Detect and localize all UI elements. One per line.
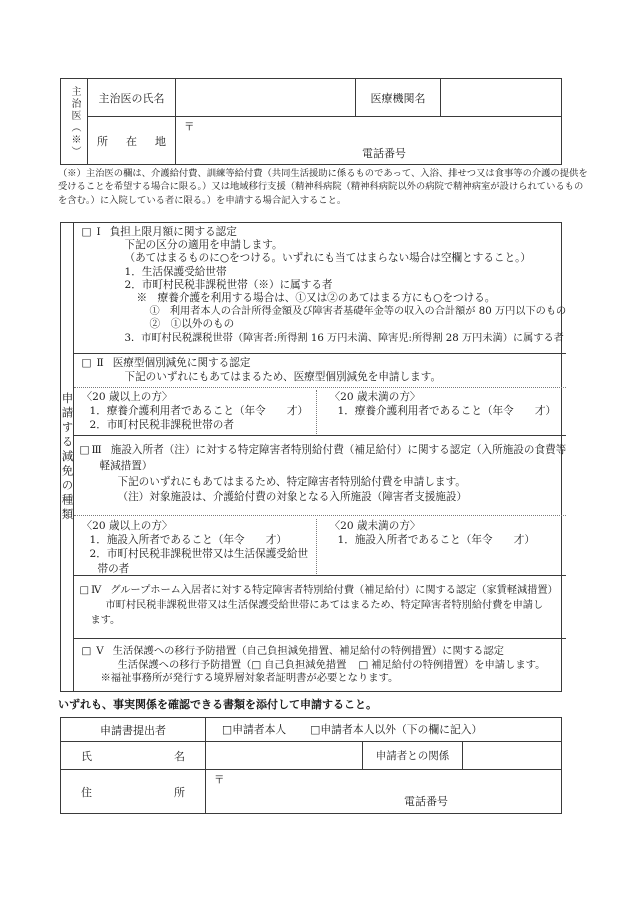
physician-address-label: 所 在 地 — [88, 117, 176, 164]
section-5-option1-label: 自己負担減免措置 — [264, 659, 346, 671]
section-3-facility-supplement: □Ⅲ施設入所者（注）に対する特定障害者特別給付費（補足給付）に関する認定（入所施… — [74, 436, 567, 576]
section-4-checkbox[interactable]: □ — [80, 585, 90, 596]
section-3-checkbox[interactable]: □ — [80, 444, 90, 456]
physician-phone-label: 電話番号 — [362, 145, 406, 161]
submitter-options-cell: □申請者本人 □申請者本人以外（下の欄に記入） — [206, 718, 561, 741]
physician-vertical-label: 主治医（※） — [61, 79, 88, 164]
submitter-relation-label: 申請者との関係 — [363, 742, 463, 769]
reduction-vertical-label: 申請する減免の種類 — [61, 223, 74, 691]
section-5-title: 生活保護への移行予防措置（自己負担減免措置、補足給付の特例措置）に関する認定 — [113, 645, 504, 657]
submitter-table: 申請書提出者 □申請者本人 □申請者本人以外（下の欄に記入） 氏 名 申請者との… — [60, 717, 562, 814]
section-2-checkbox[interactable]: □ — [82, 357, 92, 369]
section-4-line: ます。 — [74, 613, 567, 628]
section-5-checkbox[interactable]: □ — [82, 645, 92, 657]
section-2-over20-column: 〈20 歳以上の方〉 1．療養介護利用者であること（年令 才） 2．市町村民税非… — [74, 390, 317, 436]
section-5-welfare-transition: □Ⅴ生活保護への移行予防措置（自己負担減免措置、補足給付の特例措置）に関する認定… — [74, 639, 567, 691]
section-2-line: 下記のいずれにもあてはまるため、医療型個別減免を申請します。 — [74, 371, 567, 385]
submitter-name-label: 氏 名 — [61, 742, 206, 769]
section-1-line: 下記の区分の適用を申請します。 — [74, 239, 567, 252]
attach-documents-note: いずれも、事実関係を確認できる書類を添付して申請すること。 — [58, 696, 377, 712]
section-5-numeral: Ⅴ — [96, 645, 103, 657]
section-5-option1-checkbox[interactable]: □ — [251, 659, 261, 671]
under20-heading: 〈20 歳未満の方〉 — [317, 390, 567, 404]
submitter-address-input-cell[interactable]: 〒 電話番号 — [206, 770, 561, 813]
section-1-line: （あてはまるものに○をつける。いずれにも当てはまらない場合は空欄とすること。） — [74, 252, 567, 265]
postal-mark-icon: 〒 — [184, 119, 195, 134]
submitter-phone-label: 電話番号 — [404, 793, 448, 809]
postal-mark-icon: 〒 — [214, 772, 225, 787]
medical-org-input-cell[interactable] — [441, 79, 561, 116]
section-1-title: 負担上限月額に関する認定 — [110, 226, 237, 238]
section-5-note: ※福祉事務所が発行する境界層対象者証明書が必要となります。 — [74, 672, 567, 686]
section-1-line: 1．生活保護受給世帯 — [74, 266, 567, 279]
physician-note: （※）主治医の欄は、介護給付費、訓練等給付費（共同生活援助に係るものであって、入… — [58, 167, 572, 207]
section-5-option2-checkbox[interactable]: □ — [358, 659, 368, 671]
submitter-row-label: 申請書提出者 — [61, 718, 206, 741]
section-5-apply-line: 生活保護への移行予防措置（□自己負担減免措置□補足給付の特例措置）を申請します。 — [74, 659, 567, 673]
section-1-line: ① 利用者本人の合計所得金額及び障害者基礎年金等の収入の合計額が 80 万円以下… — [74, 305, 567, 318]
section-4-line: 市町村民税非課税世帯又は生活保護受給世帯にあてはまるため、特定障害者特別給付費を… — [74, 598, 567, 613]
physician-name-label: 主治医の氏名 — [88, 79, 176, 116]
section-1-numeral: Ⅰ — [97, 226, 101, 238]
physician-note-line: （※）主治医の欄は、介護給付費、訓練等給付費（共同生活援助に係るものであって、入… — [58, 167, 572, 180]
section-1-line: 2．市町村民税非課税世帯（※）に属する者 — [74, 279, 567, 292]
application-form-page: 主治医（※） 主治医の氏名 医療機関名 所 在 地 〒 — [0, 0, 630, 903]
section-2-age-columns: 〈20 歳以上の方〉 1．療養介護利用者であること（年令 才） 2．市町村民税非… — [74, 387, 567, 436]
physician-name-input-cell[interactable] — [176, 79, 356, 116]
over20-item: 2．市町村民税非課税世帯又は生活保護受給世帯の者 — [74, 547, 316, 575]
reduction-type-table: 申請する減免の種類 □Ⅰ負担上限月額に関する認定 下記の区分の適用を申請します。… — [60, 222, 562, 692]
section-3-line: （注）対象施設は、介護給付費の対象となる入所施設（障害者支援施設） — [74, 490, 567, 506]
section-4-grouphome-supplement: □Ⅳグループホーム入居者に対する特定障害者特別給付費（補足給付）に関する認定（家… — [74, 576, 567, 639]
physician-table: 主治医（※） 主治医の氏名 医療機関名 所 在 地 〒 — [60, 78, 562, 165]
under20-heading: 〈20 歳未満の方〉 — [317, 519, 567, 533]
physician-address-input-cell[interactable]: 〒 電話番号 — [176, 117, 561, 164]
medical-org-label: 医療機関名 — [356, 79, 441, 116]
section-3-age-columns: 〈20 歳以上の方〉 1．施設入所者であること（年令 才） 2．市町村民税非課税… — [74, 515, 567, 576]
over20-item: 1．療養介護利用者であること（年令 才） — [74, 404, 316, 418]
submitter-relation-input-cell[interactable] — [463, 742, 561, 769]
over20-heading: 〈20 歳以上の方〉 — [74, 390, 316, 404]
submitter-address-label: 住 所 — [61, 770, 206, 813]
section-3-under20-column: 〈20 歳未満の方〉 1．施設入所者であること（年令 才） — [317, 519, 567, 576]
section-2-numeral: Ⅱ — [97, 357, 104, 369]
section-4-numeral: Ⅳ — [91, 585, 101, 596]
section-3-over20-column: 〈20 歳以上の方〉 1．施設入所者であること（年令 才） 2．市町村民税非課税… — [74, 519, 317, 576]
physician-note-line: を含む。）に入院している者に限る。）を申請する場合記入すること。 — [58, 194, 572, 207]
submitter-name-input-cell[interactable] — [206, 742, 363, 769]
over20-item: 2．市町村民税非課税世帯の者 — [74, 418, 316, 432]
submitter-other-label: 申請者本人以外（下の欄に記入） — [320, 722, 482, 737]
section-3-numeral: Ⅲ — [92, 444, 102, 456]
section-2-medical-reduction: □Ⅱ医療型個別減免に関する認定 下記のいずれにもあてはまるため、医療型個別減免を… — [74, 354, 567, 436]
over20-heading: 〈20 歳以上の方〉 — [74, 519, 316, 533]
section-1-burden-cap: □Ⅰ負担上限月額に関する認定 下記の区分の適用を申請します。 （あてはまるものに… — [74, 223, 567, 354]
section-1-checkbox[interactable]: □ — [82, 226, 92, 238]
submitter-self-label: 申請者本人 — [232, 722, 286, 737]
section-5-option2-label: 補足給付の特例措置 — [371, 659, 464, 671]
section-2-title: 医療型個別減免に関する認定 — [113, 357, 251, 369]
submitter-other-checkbox[interactable]: □ — [310, 723, 320, 736]
section-3-line: 下記のいずれにもあてはまるため、特定障害者特別給付費を申請します。 — [74, 475, 567, 491]
over20-item: 1．施設入所者であること（年令 才） — [74, 533, 316, 547]
section-1-line: 3．市町村民税課税世帯（障害者:所得割 16 万円未満、障害児:所得割 28 万… — [74, 332, 567, 345]
submitter-self-checkbox[interactable]: □ — [222, 723, 232, 736]
section-1-line: ※ 療養介護を利用する場合は、①又は②のあてはまる方にも○をつける。 — [74, 292, 567, 305]
section-3-title: 施設入所者（注）に対する特定障害者特別給付費（補足給付）に関する認定（入所施設の… — [100, 444, 567, 472]
physician-note-line: 受けることを希望する場合に限る。）又は地域移行支援（精神科病院（精神科病院以外の… — [58, 180, 572, 193]
section-4-title: グループホーム入居者に対する特定障害者特別給付費（補足給付）に関する認定（家賃軽… — [110, 585, 557, 596]
under20-item: 1．療養介護利用者であること（年令 才） — [317, 404, 567, 418]
section-1-line: ② ①以外のもの — [74, 318, 567, 331]
section-2-under20-column: 〈20 歳未満の方〉 1．療養介護利用者であること（年令 才） — [317, 390, 567, 436]
under20-item: 1．施設入所者であること（年令 才） — [317, 533, 567, 547]
